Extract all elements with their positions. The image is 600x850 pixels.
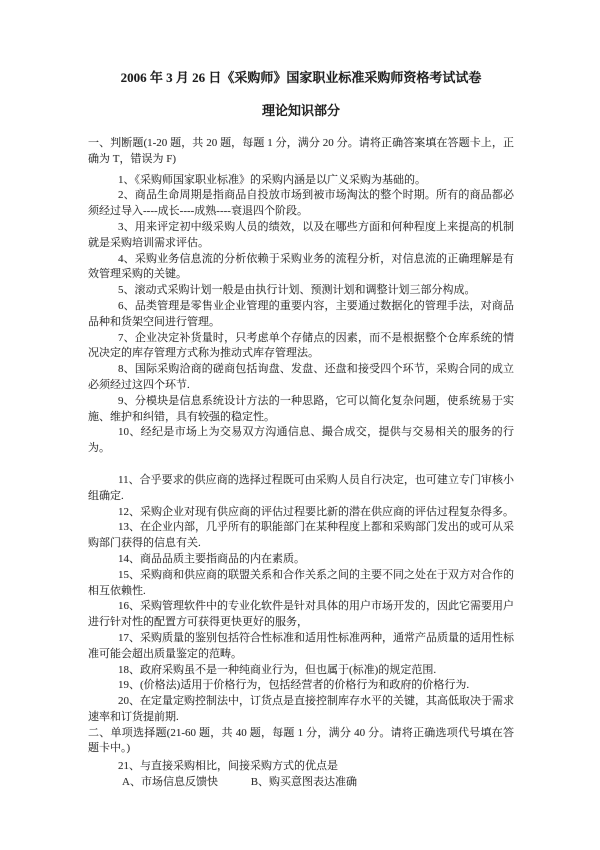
question-item-9: 9、分模块是信息系统设计方法的一种思路，它可以简化复杂问题，使系统易于实施、维护… <box>88 394 514 426</box>
question-item-3: 3、用来评定初中级采购人员的绩效，以及在哪些方面和何种程度上来提高的机制就是采购… <box>88 220 514 252</box>
section-1-heading: 一、判断题(1-20 题，共 20 题，每题 1 分，满分 20 分。请将正确答… <box>88 136 514 168</box>
exam-paper-page: 2006 年 3 月 26 日《采购师》国家职业标准采购师资格考试试卷 理论知识… <box>0 0 600 850</box>
question-item-4: 4、采购业务信息流的分析依赖于采购业务的流程分析，对信息流的正确理解是有效管理采… <box>88 252 514 284</box>
question-item-18: 18、政府采购虽不是一种纯商业行为，但也属于(标准)的规定范围. <box>88 663 514 679</box>
question-item-19: 19、(价格法)适用于价格行为，包括经营者的价格行为和政府的价格行为. <box>88 678 514 694</box>
question-item-13: 13、在企业内部，几乎所有的职能部门在某种程度上都和采购部门发出的或可从采购部门… <box>88 520 514 552</box>
section-2-heading: 二、单项选择题(21-60 题，共 40 题，每题 1 分，满分 40 分。请将… <box>88 726 514 758</box>
question-item-12: 12、采购企业对现有供应商的评估过程要比新的潜在供应商的评估过程复杂得多。 <box>88 505 514 521</box>
question-item-17: 17、采购质量的鉴别包括符合性标准和适用性标准两种，通常产品质量的适用性标准可能… <box>88 631 514 663</box>
document-body: 2006 年 3 月 26 日《采购师》国家职业标准采购师资格考试试卷 理论知识… <box>88 70 514 791</box>
question-item-2: 2、商品生命周期是指商品自投放市场到被市场淘汰的整个时期。所有的商品都必须经过导… <box>88 188 514 220</box>
question-item-11: 11、合乎要求的供应商的选择过程既可由采购人员自行决定，也可建立专门审核小组确定… <box>88 473 514 505</box>
page-title: 2006 年 3 月 26 日《采购师》国家职业标准采购师资格考试试卷 <box>88 70 514 86</box>
question-item-7: 7、企业决定补货量时，只考虑单个存储点的因素，而不是根据整个仓库系统的情况决定的… <box>88 331 514 363</box>
option-a: A、市场信息反馈快 <box>122 775 218 791</box>
question-item-1: 1、《采购师国家职业标准》的采购内涵是以广义采购为基础的。 <box>88 173 514 189</box>
question-21-options-row: A、市场信息反馈快 B、购买意图表达准确 <box>88 775 514 791</box>
question-item-5: 5、滚动式采购计划一般是由执行计划、预测计划和调整计划三部分构成。 <box>88 283 514 299</box>
question-item-10: 10、经纪是市场上为交易双方沟通信息、撮合成交，提供与交易相关的服务的行为。 <box>88 425 514 457</box>
section-part-title: 理论知识部分 <box>88 103 514 119</box>
question-item-6: 6、品类管理是零售业企业管理的重要内容，主要通过数据化的管理手法，对商品品种和货… <box>88 299 514 331</box>
question-item-20: 20、在定量定购控制法中，订货点是直接控制库存水平的关键，其高低取决于需求速率和… <box>88 694 514 726</box>
question-item-15: 15、采购商和供应商的联盟关系和合作关系之间的主要不同之处在于双方对合作的相互依… <box>88 568 514 600</box>
question-item-16: 16、采购管理软件中的专业化软件是针对具体的用户市场开发的，因此它需要用户进行针… <box>88 599 514 631</box>
option-b: B、购买意图表达准确 <box>251 775 357 791</box>
question-item-14: 14、商品品质主要指商品的内在素质。 <box>88 552 514 568</box>
question-item-21: 21、与直接采购相比，间接采购方式的优点是 <box>88 759 514 775</box>
question-item-8: 8、国际采购洽商的磋商包括询盘、发盘、还盘和接受四个环节，采购合同的成立必须经过… <box>88 362 514 394</box>
